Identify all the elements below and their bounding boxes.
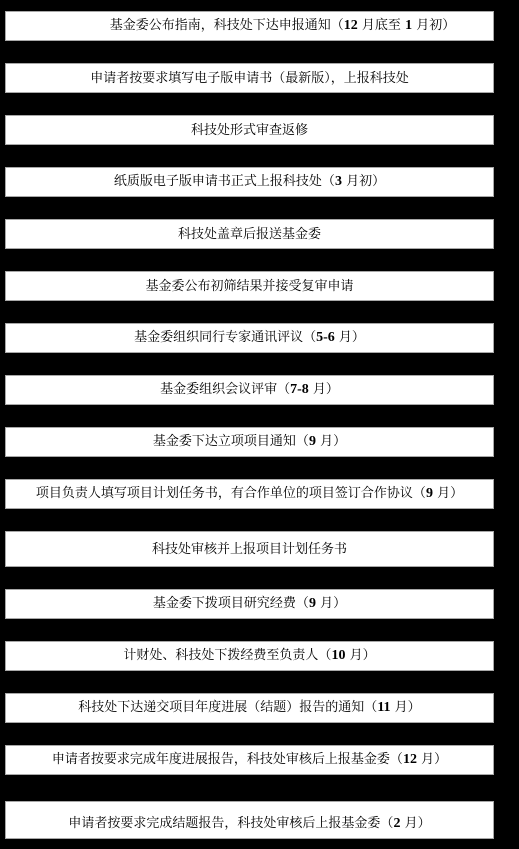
step-text-part: 项目负责人填写项目计划任务书，有合作单位的项目签订合作协议（ xyxy=(36,486,426,501)
step-14-box: 科技处下达递交项目年度进展（结题）报告的通知（11 月） xyxy=(5,693,494,723)
step-number: 1 xyxy=(405,18,412,33)
step-text-part: 科技处下达递交项目年度进展（结题）报告的通知（ xyxy=(78,700,377,715)
step-text-part: 基金委公布初筛结果并接受复审申请 xyxy=(145,279,353,294)
step-text-part: 月） xyxy=(400,816,430,831)
step-number: 7-8 xyxy=(290,382,309,397)
step-text-part: 申请者按要求完成年度进展报告，科技处审核后上报基金委（ xyxy=(52,752,403,767)
step-9-box: 基金委下达立项项目通知（9 月） xyxy=(5,427,494,457)
step-3-box: 科技处形式审查返修 xyxy=(5,115,494,145)
step-text: 科技处形式审查返修 xyxy=(191,124,308,137)
step-text-part: 基金委公布指南，科技处下达申报通知（ xyxy=(110,18,344,33)
step-12-box: 基金委下拨项目研究经费（9 月） xyxy=(5,589,494,619)
step-13-box: 计财处、科技处下拨经费至负责人（10 月） xyxy=(5,641,494,671)
step-text: 科技处盖章后报送基金委 xyxy=(178,228,321,241)
step-10-box: 项目负责人填写项目计划任务书，有合作单位的项目签订合作协议（9 月） xyxy=(5,479,494,509)
step-text: 计财处、科技处下拨经费至负责人（10 月） xyxy=(123,649,375,663)
step-text: 基金委组织同行专家通讯评议（5-6 月） xyxy=(134,331,365,345)
step-text-part: 月） xyxy=(433,486,463,501)
step-16-box: 申请者按要求完成结题报告，科技处审核后上报基金委（2 月） xyxy=(5,801,494,839)
step-8-box: 基金委组织会议评审（7-8 月） xyxy=(5,375,494,405)
step-number: 10 xyxy=(331,648,345,663)
step-text: 申请者按要求完成年度进展报告，科技处审核后上报基金委（12 月） xyxy=(52,753,447,767)
step-text-part: 科技处审核并上报项目计划任务书 xyxy=(152,542,347,557)
step-text-part: 基金委组织会议评审（ xyxy=(160,382,290,397)
step-text: 申请者按要求完成结题报告，科技处审核后上报基金委（2 月） xyxy=(68,817,430,831)
step-text-part: 纸质版电子版申请书正式上报科技处（ xyxy=(114,174,335,189)
step-11-box: 科技处审核并上报项目计划任务书 xyxy=(5,531,494,567)
step-text-part: 月） xyxy=(309,382,339,397)
step-7-box: 基金委组织同行专家通讯评议（5-6 月） xyxy=(5,323,494,353)
step-text-part: 计财处、科技处下拨经费至负责人（ xyxy=(123,648,331,663)
step-number: 9 xyxy=(426,486,433,501)
step-text: 申请者按要求填写电子版申请书（最新版），上报科技处 xyxy=(90,72,409,85)
step-text: 基金委公布初筛结果并接受复审申请 xyxy=(145,280,353,293)
step-number: 11 xyxy=(377,700,390,715)
step-text: 基金委公布指南，科技处下达申报通知（12 月底至 1 月初） xyxy=(110,19,455,33)
step-text-part: 月） xyxy=(391,700,421,715)
step-text: 科技处下达递交项目年度进展（结题）报告的通知（11 月） xyxy=(78,701,420,715)
step-text-part: 月） xyxy=(316,596,346,611)
step-15-box: 申请者按要求完成年度进展报告，科技处审核后上报基金委（12 月） xyxy=(5,745,494,775)
step-text: 纸质版电子版申请书正式上报科技处（3 月初） xyxy=(114,175,385,189)
step-text-part: 月底至 xyxy=(358,18,405,33)
step-2-box: 申请者按要求填写电子版申请书（最新版），上报科技处 xyxy=(5,63,494,93)
step-number: 9 xyxy=(309,434,316,449)
step-text-part: 申请者按要求填写电子版申请书（最新版），上报科技处 xyxy=(90,71,409,86)
step-text-part: 科技处盖章后报送基金委 xyxy=(178,227,321,242)
step-text: 科技处审核并上报项目计划任务书 xyxy=(152,543,347,556)
step-number: 3 xyxy=(335,174,342,189)
step-text-part: 月） xyxy=(345,648,375,663)
step-text-part: 月初） xyxy=(412,18,455,33)
step-5-box: 科技处盖章后报送基金委 xyxy=(5,219,494,249)
step-text: 基金委下达立项项目通知（9 月） xyxy=(153,435,346,449)
step-text-part: 月） xyxy=(417,752,447,767)
step-text-part: 申请者按要求完成结题报告，科技处审核后上报基金委（ xyxy=(68,816,393,831)
step-text: 项目负责人填写项目计划任务书，有合作单位的项目签订合作协议（9 月） xyxy=(36,487,463,501)
step-1-box: 基金委公布指南，科技处下达申报通知（12 月底至 1 月初） xyxy=(5,11,494,41)
step-text-part: 基金委下达立项项目通知（ xyxy=(153,434,309,449)
step-text-part: 月） xyxy=(335,330,365,345)
step-text: 基金委下拨项目研究经费（9 月） xyxy=(153,597,346,611)
step-4-box: 纸质版电子版申请书正式上报科技处（3 月初） xyxy=(5,167,494,197)
step-text-part: 科技处形式审查返修 xyxy=(191,123,308,138)
step-text-part: 基金委组织同行专家通讯评议（ xyxy=(134,330,316,345)
step-number: 5-6 xyxy=(316,330,335,345)
step-text-part: 月） xyxy=(316,434,346,449)
step-text-part: 月初） xyxy=(342,174,385,189)
step-number: 12 xyxy=(403,752,417,767)
step-6-box: 基金委公布初筛结果并接受复审申请 xyxy=(5,271,494,301)
step-text: 基金委组织会议评审（7-8 月） xyxy=(160,383,339,397)
step-number: 9 xyxy=(309,596,316,611)
step-number: 12 xyxy=(344,18,358,33)
step-text-part: 基金委下拨项目研究经费（ xyxy=(153,596,309,611)
